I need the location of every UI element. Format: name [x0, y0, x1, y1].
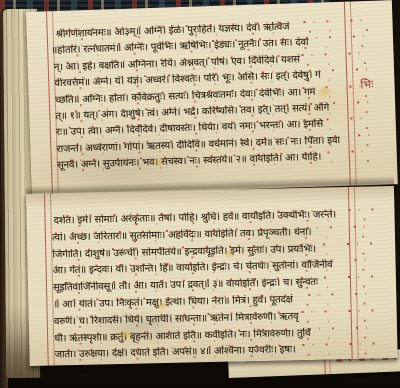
manuscript-line: जिगाति। दाशुषे॥ उरूची। सोमपीतये॥ इन्द्रव… — [52, 242, 384, 261]
margin-rule-line — [44, 194, 49, 366]
manuscript-line: त्वां। अच्छ। जरितारः॥ सुतसोमाः। अहर्विदः… — [52, 225, 384, 244]
manuscript-line: आ। गतं॥ इन्दवः। वां। उशन्ति। हि॥ वायोइति… — [53, 259, 385, 278]
manuscript-line: जाता। उरुक्षया। दक्षं। दधाते इति। अपसं॥ … — [54, 343, 386, 362]
red-margin-gloss: भिः — [360, 77, 374, 93]
manuscript-photo: श्रीगणेशायनमः॥ ओ३म्॥ अग्निं। ईळे। पुरःहि… — [0, 0, 400, 388]
manuscript-page-upper: श्रीगणेशायनमः॥ ओ३म्॥ अग्निं। ईळे। पुरःहि… — [26, 0, 398, 196]
turmeric-highlight-spot — [223, 249, 235, 258]
manuscript-line: वरुणं। च। रिशादसं। धियं। घृताचीं। साधन्त… — [54, 309, 386, 328]
manuscript-line: ॥ आ। यातं। उप। निःकृतं। मक्षु। इत्था। धि… — [53, 292, 385, 311]
manuscript-line: दर्शत। इमे। सोमाः। अरंकृताः॥ तेषां। पाहि… — [53, 208, 383, 227]
margin-rule-line — [46, 11, 53, 195]
manuscript-page-lower: दर्शत। इमे। सोमाः। अरंकृताः॥ तेषां। पाहि… — [26, 186, 398, 366]
manuscript-line: सूइतिवाजिनीवसू॥ तौ। आ। यातं। उप। द्रवत्॥… — [53, 275, 385, 294]
manuscript-line: धौ। ऋतस्पृशा॥ क्रतुं। बृहन्तं। आशाते इति… — [54, 326, 386, 345]
